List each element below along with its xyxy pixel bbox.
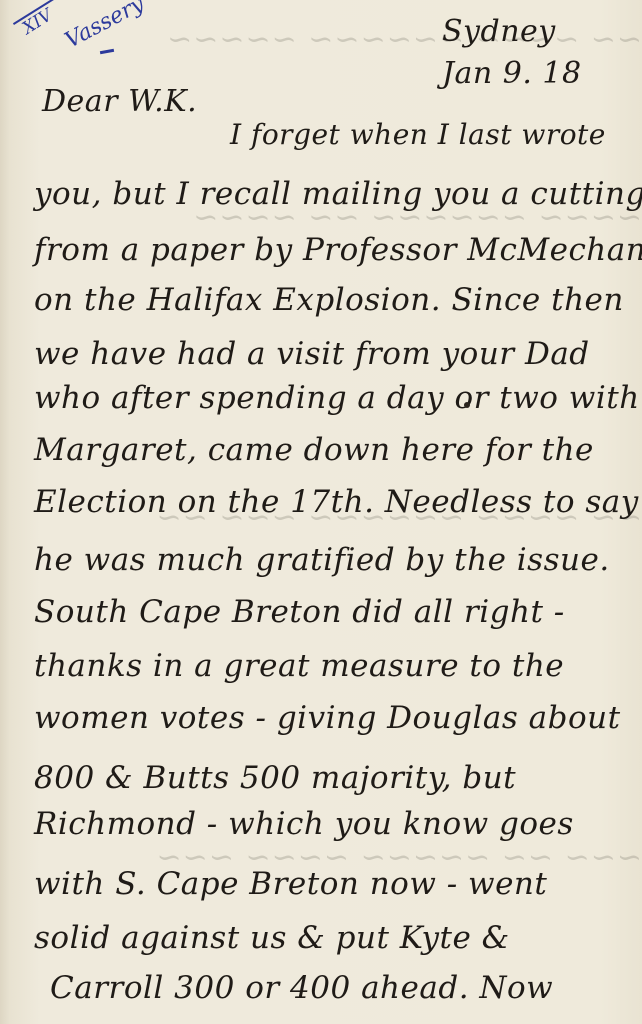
body-line: I forget when I last wrote [230, 118, 606, 151]
body-line: from a paper by Professor McMechan [34, 232, 642, 268]
body-line: you, but I recall mailing you a cutting [34, 176, 642, 212]
body-line: we have had a visit from your Dad [34, 336, 590, 372]
letter-place: Sydney [442, 14, 556, 49]
body-line: 800 & Butts 500 majority, but [34, 760, 516, 796]
body-line: with S. Cape Breton now - went [34, 866, 547, 902]
body-line: Carroll 300 or 400 ahead. Now [50, 970, 553, 1006]
body-line: thanks in a great measure to the [34, 648, 564, 684]
body-line: he was much gratified by the issue. [34, 542, 610, 578]
body-line: who after spending a day or two with [34, 380, 640, 416]
body-line: Margaret, came down here for the [34, 432, 594, 468]
ink-spot [464, 402, 470, 408]
body-line: on the Halifax Explosion. Since then [34, 282, 624, 318]
body-line: Election on the 17th. Needless to say [34, 484, 639, 520]
body-line: solid against us & put Kyte & [34, 920, 510, 956]
letter-salutation: Dear W.K. [42, 84, 197, 119]
letter-page: ~~ ~~~~ ~~~~~~ ~~~~~ ~~~~ ~~~~~~ ~~ ~~~~… [0, 0, 642, 1024]
body-line: South Cape Breton did all right - [34, 594, 565, 630]
body-line: Richmond - which you know goes [34, 806, 574, 842]
body-line: women votes - giving Douglas about [34, 700, 621, 736]
letter-date: Jan 9. 18 [442, 56, 582, 91]
